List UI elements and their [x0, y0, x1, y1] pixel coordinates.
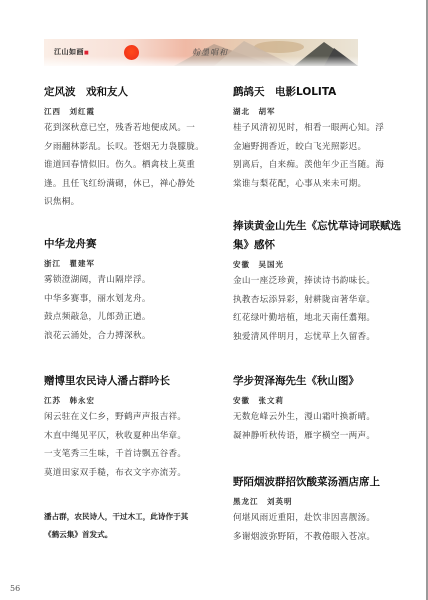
- poem-author: 江西 刘红霞: [44, 104, 204, 119]
- poem-line: 逢。且任飞红纷满砌，休已，禅心静处: [44, 175, 204, 194]
- page-number: 56: [10, 584, 20, 593]
- poem-line: 别离后，自来痴。羡他年少正当随。海: [233, 156, 384, 175]
- poem-zhe-gu-tian: 鹧鸪天 电影LOLITA 湖北 胡军 桂子风清初见时，相看一眼两心知。浮 金遍野…: [233, 83, 384, 193]
- poem-line: 鼓点频敲急，儿郎劲正遒。: [44, 308, 151, 327]
- poem-line: 中华多赛事，丽水划龙舟。: [44, 290, 151, 309]
- poem-line: 何堪风雨近重阳，赴饮非因喜靓汤。: [233, 509, 380, 528]
- banner-subtitle: 翰墨唱和: [192, 47, 228, 58]
- poem-title: 学步贺泽海先生《秋山图》: [233, 372, 375, 391]
- poem-author: 安徽 张文莉: [233, 393, 375, 408]
- poem-line: 雾锁澄湖阔，青山隔岸浮。: [44, 271, 151, 290]
- poem-line: 闲云驻在义仁乡，野鹤声声报吉祥。: [44, 408, 186, 427]
- poem-xuebu-qiushantu: 学步贺泽海先生《秋山图》 安徽 张文莉 无数危峰云外生，漫山霜叶换新晴。 凝神静…: [233, 372, 375, 445]
- poem-author: 江苏 韩永宏: [44, 393, 186, 408]
- poem-line: 金遍野拥香近，皎白飞光照影迟。: [233, 138, 384, 157]
- poem-zeng-boli: 赠博里农民诗人潘占群吟长 江苏 韩永宏 闲云驻在义仁乡，野鹤声声报吉祥。 木直中…: [44, 372, 186, 482]
- poem-title: 鹧鸪天 电影LOLITA: [233, 83, 384, 102]
- red-sun-icon: [124, 45, 139, 60]
- banner-brand: 江山如画■: [54, 47, 89, 57]
- poem-line: 凝神静听秋传语，雁字横空一两声。: [233, 427, 375, 446]
- poem-ding-feng-bo: 定风波 戏和友人 江西 刘红霞 花到深秋意已空，残香若地便成风。一 夕雨翻林影乱…: [44, 83, 204, 212]
- poem-line: 桂子风清初见时，相看一眼两心知。浮: [233, 119, 384, 138]
- poem-line: 花到深秋意已空，残香若地便成风。一: [44, 119, 204, 138]
- poem-line: 木直中绳见平仄，秋收夏种出华章。: [44, 427, 186, 446]
- footnote-line: 潘占群，农民诗人，干过木工，此诗作于其: [44, 508, 188, 526]
- poem-title: 中华龙舟赛: [44, 235, 151, 254]
- poem-line: 无数危峰云外生，漫山霜叶换新晴。: [233, 408, 375, 427]
- poem-yemo-yanbo: 野陌烟波群招饮酸菜汤酒店席上 黑龙江 刘英明 何堪风雨近重阳，赴饮非因喜靓汤。 …: [233, 473, 380, 546]
- poem-line: 浪花云涌处，合力搏深秋。: [44, 327, 151, 346]
- poem-title: 野陌烟波群招饮酸菜汤酒店席上: [233, 473, 380, 492]
- poem-author: 湖北 胡军: [233, 104, 384, 119]
- poem-line: 执教杏坛添异彩，射耕陇亩著华章。: [233, 291, 401, 310]
- poem-line: 夕雨翻林影乱。长叹。苍烟无力袅朦胧。: [44, 138, 204, 157]
- poem-line: 识焦桐。: [44, 193, 204, 212]
- poem-line: 谁道回春情似旧。伤久。栖禽枝上莫重: [44, 156, 204, 175]
- header-banner: 江山如画■ 翰墨唱和: [44, 39, 358, 66]
- seal-icon: ■: [84, 50, 89, 56]
- poem-line: 莫道田家双手糙，布衣文字亦流芳。: [44, 464, 186, 483]
- poem-line: 多谢烟波弥野陌，不教倦眼入苍凉。: [233, 528, 380, 547]
- poem-zhonghua-longzhou: 中华龙舟赛 浙江 瞿建军 雾锁澄湖阔，青山隔岸浮。 中华多赛事，丽水划龙舟。 鼓…: [44, 235, 151, 345]
- poem-title: 定风波 戏和友人: [44, 83, 204, 102]
- poem-line: 红花绿叶勤培植，地北天南任翥翔。: [233, 309, 401, 328]
- poem-title: 捧读黄金山先生《忘忧草诗词联赋选: [233, 217, 401, 236]
- poem-title-continued: 集》感怀: [233, 236, 401, 255]
- poem-footnote: 潘占群，农民诗人，干过木工，此诗作于其 《鹤云集》首发式。: [44, 508, 188, 544]
- poem-author: 黑龙江 刘英明: [233, 494, 380, 509]
- poem-author: 安徽 吴国光: [233, 257, 401, 272]
- poem-line: 金山一座泛珍黄，捧读诗书韵味长。: [233, 272, 401, 291]
- poem-line: 一支笔秀三生味，千首诗飘五谷香。: [44, 445, 186, 464]
- poem-author: 浙江 瞿建军: [44, 256, 151, 271]
- poem-line: 棠谁与梨花配，心事从来未可期。: [233, 175, 384, 194]
- poem-title: 赠博里农民诗人潘占群吟长: [44, 372, 186, 391]
- poem-line: 独爱清风伴明月，忘忧草上久留香。: [233, 328, 401, 347]
- footnote-line: 《鹤云集》首发式。: [44, 526, 188, 544]
- poem-pengdu-huangjinshan: 捧读黄金山先生《忘忧草诗词联赋选 集》感怀 安徽 吴国光 金山一座泛珍黄，捧读诗…: [233, 217, 401, 346]
- banner-brand-text: 江山如画: [54, 47, 84, 56]
